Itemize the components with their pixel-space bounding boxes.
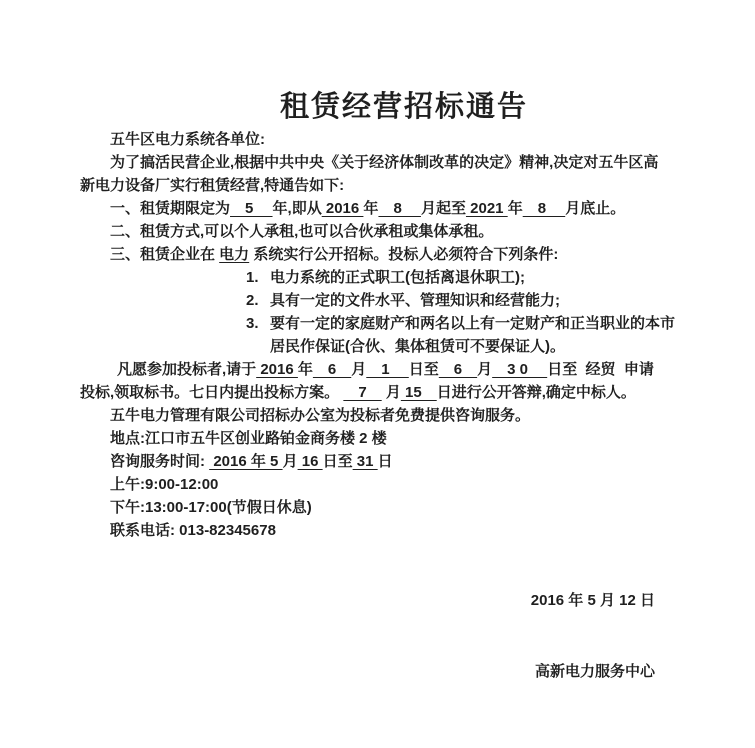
intro-line-2: 新电力设备厂实行租赁经营,特通告如下:: [80, 174, 700, 197]
apply-line-1: 凡愿参加投标者,请于 2016 年 6 月 1 日至 6 月 3 0 日至 经贸…: [80, 358, 700, 381]
text-segment: 年: [363, 200, 378, 217]
clause-1-line: 一、租赁期限定为 5 年,即从 2016 年 8 月起至 2021 年 8 月底…: [80, 197, 700, 220]
document-footer: 2016 年 5 月 12 日 高新电力服务中心: [531, 542, 655, 730]
blank-apply-month-end: 6: [439, 361, 477, 378]
morning-hours-line: 上午:9:00-12:00: [80, 473, 700, 496]
text-segment: 一、租赁期限定为: [110, 200, 230, 217]
text-segment: 月起至: [421, 200, 466, 217]
blank-system-name: 电力: [219, 246, 249, 263]
document-page: 租赁经营招标通告 五牛区电力系统各单位: 为了搞活民营企业,根据中共中央《关于经…: [0, 0, 755, 748]
blank-apply-year: 2016: [256, 361, 298, 378]
text-segment: 日至 经贸 申请: [547, 361, 654, 378]
text-segment: 月: [382, 384, 401, 401]
blank-lease-years: 5: [230, 200, 273, 217]
document-body: 五牛区电力系统各单位: 为了搞活民营企业,根据中共中央《关于经济体制改革的决定》…: [80, 128, 700, 542]
salutation-line: 五牛区电力系统各单位:: [80, 128, 700, 151]
phone-line: 联系电话: 013-82345678: [80, 519, 700, 542]
text-segment: 三、租赁企业在: [110, 246, 219, 263]
blank-apply-day-start: 1: [366, 361, 409, 378]
blank-start-year: 2016: [322, 200, 364, 217]
blank-apply-day-end: 3 0: [492, 361, 547, 378]
condition-number: 2.: [246, 289, 270, 312]
service-note-line: 五牛电力管理有限公司招标办公室为投标者免费提供咨询服务。: [80, 404, 700, 427]
condition-number: 1.: [246, 266, 270, 289]
blank-end-year: 2021: [466, 200, 508, 217]
blank-defense-day: 15: [401, 384, 437, 401]
condition-3-continuation: 居民作保证(合伙、集体租赁可不要保证人)。: [80, 335, 700, 358]
location-line: 地点:江口市五牛区创业路铂金商务楼 2 楼: [80, 427, 700, 450]
text-segment: 日至: [323, 453, 353, 470]
apply-line-2: 投标,领取标书。七日内提出投标方案。 7 月 15 日进行公开答辩,确定中标人。: [80, 381, 700, 404]
afternoon-hours-line: 下午:13:00-17:00(节假日休息): [80, 496, 700, 519]
condition-text: 电力系统的正式职工(包括离退休职工);: [270, 269, 525, 286]
condition-text: 具有一定的文件水平、管理知识和经营能力;: [270, 292, 560, 309]
document-title: 租赁经营招标通告: [80, 84, 728, 125]
blank-service-day-start: 16: [298, 453, 323, 470]
intro-line-1: 为了搞活民营企业,根据中共中央《关于经济体制改革的决定》精神,决定对五牛区高: [80, 151, 700, 174]
text-segment: 系统实行公开招标。投标人必须符合下列条件:: [249, 246, 558, 263]
signature-line: 高新电力服务中心: [531, 660, 655, 684]
condition-item-1: 1.电力系统的正式职工(包括离退休职工);: [80, 266, 700, 289]
date-line: 2016 年 5 月 12 日: [531, 589, 655, 613]
text-segment: 月: [283, 453, 298, 470]
condition-number: 3.: [246, 312, 270, 335]
blank-defense-month: 7: [343, 384, 381, 401]
blank-service-day-end: 31: [353, 453, 378, 470]
text-segment: 日: [378, 453, 393, 470]
text-segment: 月: [477, 361, 492, 378]
text-segment: 投标,领取标书。七日内提出投标方案。: [80, 384, 343, 401]
blank-apply-month-start: 6: [313, 361, 351, 378]
condition-item-3: 3.要有一定的家庭财产和两名以上有一定财产和正当职业的本市: [80, 312, 700, 335]
text-segment: 日进行公开答辩,确定中标人。: [437, 384, 636, 401]
text-segment: 日至: [409, 361, 439, 378]
blank-end-month: 8: [523, 200, 566, 217]
condition-text: 要有一定的家庭财产和两名以上有一定财产和正当职业的本市: [270, 315, 675, 332]
text-segment: 凡愿参加投标者,请于: [117, 361, 256, 378]
blank-service-year-month: 2016 年 5: [209, 453, 282, 470]
text-segment: 年,即从: [273, 200, 322, 217]
clause-3-line: 三、租赁企业在 电力 系统实行公开招标。投标人必须符合下列条件:: [80, 243, 700, 266]
text-segment: 月: [351, 361, 366, 378]
condition-item-2: 2.具有一定的文件水平、管理知识和经营能力;: [80, 289, 700, 312]
service-time-line: 咨询服务时间: 2016 年 5 月 16 日至 31 日: [80, 450, 700, 473]
blank-start-month: 8: [378, 200, 421, 217]
text-segment: 年: [508, 200, 523, 217]
text-segment: 月底止。: [565, 200, 625, 217]
text-segment: 年: [298, 361, 313, 378]
text-segment: 咨询服务时间:: [110, 453, 209, 470]
clause-2-line: 二、租赁方式,可以个人承租,也可以合伙承租或集体承租。: [80, 220, 700, 243]
